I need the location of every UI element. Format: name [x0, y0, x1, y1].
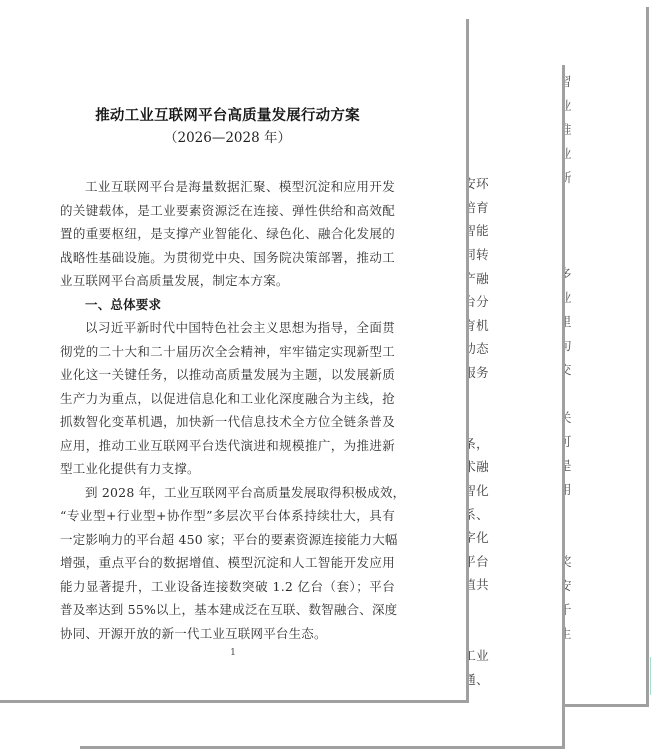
- text-fragment: 可: [559, 430, 599, 454]
- blank-row: [559, 190, 599, 214]
- text-fragment: 里: [559, 310, 599, 334]
- targets-paragraph-line: 普及率达到 55%以上，基本建成泛在互联、数智融合、深度: [60, 598, 395, 622]
- document-subtitle: （2026—2028 年）: [60, 128, 395, 148]
- guiding-paragraph-line: 型工业化提供有力支撑。: [60, 457, 395, 481]
- guiding-paragraph-line: 以习近平新时代中国特色社会主义思想为指导，全面贯: [60, 316, 395, 340]
- text-fragment: 千: [559, 598, 599, 622]
- document-body: 工业互联网平台是海量数据汇聚、模型沉淀和应用开发 的关键载体，是工业要素资源泛在…: [60, 175, 395, 645]
- targets-paragraph-line: “专业型+行业型+协作型”多层次平台体系持续壮大，具有: [60, 504, 395, 528]
- intro-paragraph-line: 置的重要枢纽，是支撑产业智能化、绿色化、融合化发展的: [60, 222, 395, 246]
- blank-row: [559, 214, 599, 238]
- document-preview-canvas: 習 业 准 业 新 多 业 里 句 交 、 关 可 是 用 奖 安 千 生: [0, 0, 651, 754]
- targets-paragraph-line: 到 2028 年，工业互联网平台高质量发展取得积极成效，: [60, 481, 395, 505]
- text-fragment: 習: [559, 70, 599, 94]
- text-fragment: 奖: [559, 550, 599, 574]
- text-fragment: 、: [559, 382, 599, 406]
- intro-paragraph-line: 的关键载体，是工业要素资源泛在连接、弹性供给和高效配: [60, 199, 395, 223]
- targets-paragraph-line: 一定影响力的平台超 450 家；平台的要素资源连接能力大幅: [60, 528, 395, 552]
- text-fragment: 关: [559, 406, 599, 430]
- guiding-paragraph-line: 抓数智化变革机遇，加快新一代信息技术全方位全链条普及: [60, 410, 395, 434]
- targets-paragraph-line: 增强，重点平台的数据增值、模型沉淀和人工智能开发应用: [60, 551, 395, 575]
- intro-paragraph-line: 战略性基础设施。为贯彻党中央、国务院决策部署，推动工: [60, 246, 395, 270]
- intro-paragraph-line: 业互联网平台高质量发展，制定本方案。: [60, 269, 395, 293]
- page-3-visible-text: 習 业 准 业 新 多 业 里 句 交 、 关 可 是 用 奖 安 千 生: [559, 70, 599, 646]
- blank-row: [559, 502, 599, 526]
- text-fragment: 业: [559, 94, 599, 118]
- text-fragment: 句: [559, 334, 599, 358]
- blank-row: [559, 238, 599, 262]
- guiding-paragraph-line: 生产力为重点，以促进信息化和工业化深度融合为主线，抢: [60, 387, 395, 411]
- text-fragment: 业: [559, 142, 599, 166]
- blank-row: [559, 526, 599, 550]
- text-fragment: 生: [559, 622, 599, 646]
- text-fragment: 多: [559, 262, 599, 286]
- text-fragment: 准: [559, 118, 599, 142]
- intro-paragraph-line: 工业互联网平台是海量数据汇聚、模型沉淀和应用开发: [60, 175, 395, 199]
- guiding-paragraph-line: 业化这一关键任务，以推动高质量发展为主题，以发展新质: [60, 363, 395, 387]
- document-title: 推动工业互联网平台高质量发展行动方案: [60, 105, 395, 127]
- text-fragment: 安: [559, 574, 599, 598]
- text-fragment: 是: [559, 454, 599, 478]
- targets-paragraph-line: 能力显著提升，工业设备连接数突破 1.2 亿台（套）；平台: [60, 575, 395, 599]
- page-number: 1: [213, 646, 253, 660]
- text-fragment: 业: [559, 286, 599, 310]
- text-fragment: 新: [559, 166, 599, 190]
- text-fragment: 用: [559, 478, 599, 502]
- guiding-paragraph-line: 彻党的二十大和二十届历次全会精神，牢牢锚定实现新型工: [60, 340, 395, 364]
- section-heading: 一、总体要求: [60, 293, 395, 317]
- guiding-paragraph-line: 应用，推动工业互联网平台迭代演进和规模推广，为推进新: [60, 434, 395, 458]
- text-fragment: 交: [559, 358, 599, 382]
- document-page-1: 推动工业互联网平台高质量发展行动方案 （2026—2028 年） 工业互联网平台…: [0, 16, 466, 700]
- targets-paragraph-line: 协同、开源开放的新一代工业互联网平台生态。: [60, 622, 395, 646]
